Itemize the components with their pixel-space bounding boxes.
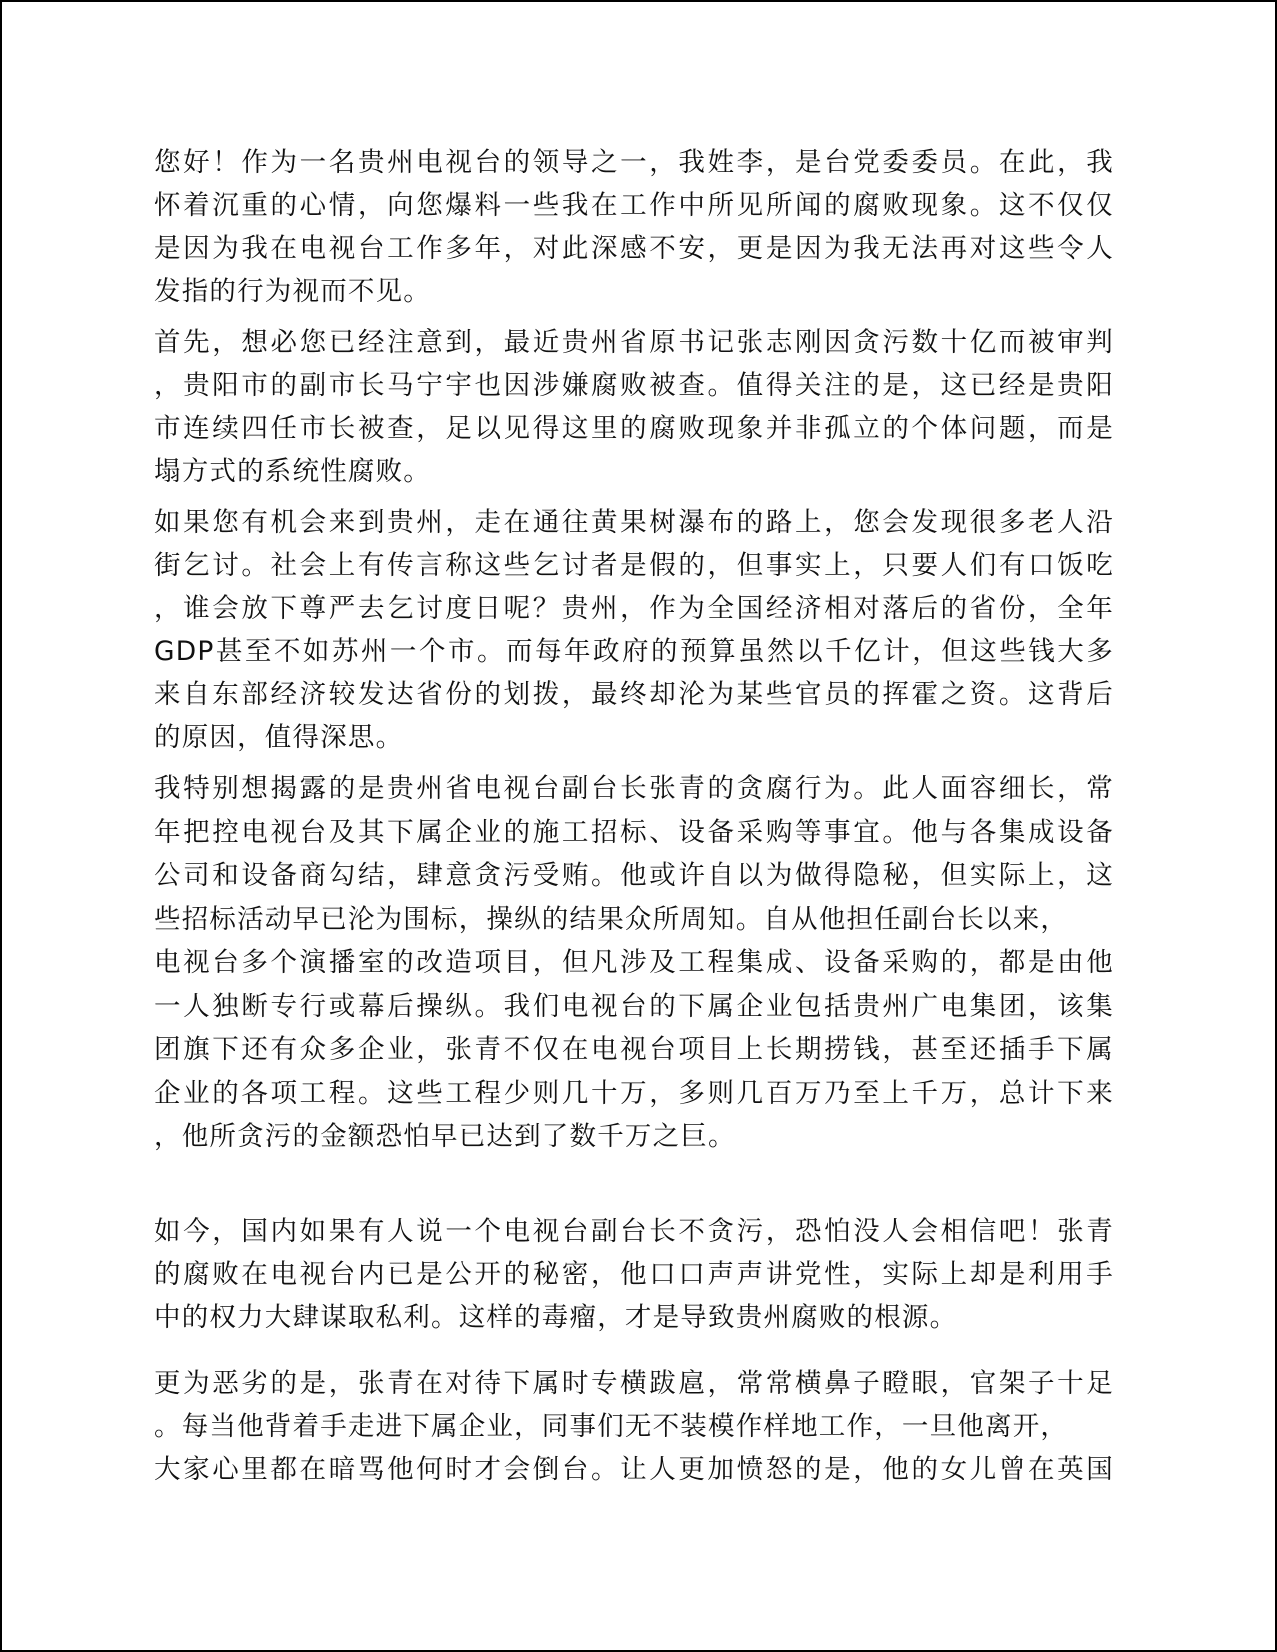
document-page: 您好！作为一名贵州电视台的领导之一，我姓李，是台党委委员。在此，我 怀着沉重的心…	[0, 0, 1277, 1652]
text-line: 是因为我在电视台工作多年，对此深感不安，更是因为我无法再对这些令人	[154, 229, 1114, 269]
text-line: 的原因，值得深思。	[154, 718, 1114, 758]
text-line: 年把控电视台及其下属企业的施工招标、设备采购等事宜。他与各集成设备	[154, 813, 1114, 853]
text-line: 。每当他背着手走进下属企业，同事们无不装模作样地工作，一旦他离开，	[154, 1407, 1114, 1447]
text-line: 的腐败在电视台内已是公开的秘密，他口口声声讲党性，实际上却是利用手	[154, 1255, 1114, 1295]
text-line: 我特别想揭露的是贵州省电视台副台长张青的贪腐行为。此人面容细长，常	[154, 769, 1114, 809]
text-line: 市连续四任市长被查，足以见得这里的腐败现象并非孤立的个体问题，而是	[154, 409, 1114, 449]
text-line: 一人独断专行或幕后操纵。我们电视台的下属企业包括贵州广电集团，该集	[154, 987, 1114, 1027]
text-line: 些招标活动早已沦为围标，操纵的结果众所周知。自从他担任副台长以来，	[154, 900, 1114, 940]
text-line: 企业的各项工程。这些工程少则几十万，多则几百万乃至上千万，总计下来	[154, 1074, 1114, 1114]
text-line: ，他所贪污的金额恐怕早已达到了数千万之巨。	[154, 1117, 1114, 1157]
text-line: 团旗下还有众多企业，张青不仅在电视台项目上长期捞钱，甚至还插手下属	[154, 1030, 1114, 1070]
text-line: 塌方式的系统性腐败。	[154, 452, 1114, 492]
text-line: GDP甚至不如苏州一个市。而每年政府的预算虽然以千亿计，但这些钱大多	[154, 632, 1114, 672]
text-line: 您好！作为一名贵州电视台的领导之一，我姓李，是台党委委员。在此，我	[154, 143, 1114, 183]
text-line: 更为恶劣的是，张青在对待下属时专横跋扈，常常横鼻子瞪眼，官架子十足	[154, 1364, 1114, 1404]
text-line: 发指的行为视而不见。	[154, 272, 1114, 312]
text-line: ，贵阳市的副市长马宁宇也因涉嫌腐败被查。值得关注的是，这已经是贵阳	[154, 366, 1114, 406]
text-line: 怀着沉重的心情，向您爆料一些我在工作中所见所闻的腐败现象。这不仅仅	[154, 186, 1114, 226]
text-line: 来自东部经济较发达省份的划拨，最终却沦为某些官员的挥霍之资。这背后	[154, 675, 1114, 715]
text-line: 电视台多个演播室的改造项目，但凡涉及工程集成、设备采购的，都是由他	[154, 943, 1114, 983]
text-line: 公司和设备商勾结，肆意贪污受贿。他或许自以为做得隐秘，但实际上，这	[154, 856, 1114, 896]
text-line: 中的权力大肆谋取私利。这样的毒瘤，才是导致贵州腐败的根源。	[154, 1298, 1114, 1338]
text-line: 大家心里都在暗骂他何时才会倒台。让人更加愤怒的是，他的女儿曾在英国	[154, 1450, 1114, 1490]
text-line: 首先，想必您已经注意到，最近贵州省原书记张志刚因贪污数十亿而被审判	[154, 323, 1114, 363]
text-line: 如今，国内如果有人说一个电视台副台长不贪污，恐怕没人会相信吧！张青	[154, 1212, 1114, 1252]
text-line: 如果您有机会来到贵州，走在通往黄果树瀑布的路上，您会发现很多老人沿	[154, 503, 1114, 543]
text-line: 街乞讨。社会上有传言称这些乞讨者是假的，但事实上，只要人们有口饭吃	[154, 546, 1114, 586]
text-line: ，谁会放下尊严去乞讨度日呢？贵州，作为全国经济相对落后的省份，全年	[154, 589, 1114, 629]
